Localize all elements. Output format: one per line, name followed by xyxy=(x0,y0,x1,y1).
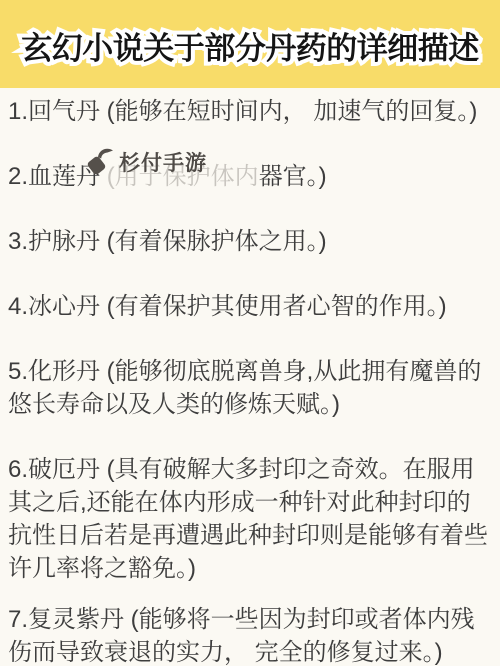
list-item-fulingzidan: 7.复灵紫丹 (能够将一些因为封印或者体内残伤而导致衰退的实力， 完全的修复过来… xyxy=(8,603,492,666)
list-item-text: 7.复灵紫丹 (能够将一些因为封印或者体内残伤而导致衰退的实力， 完全的修复过来… xyxy=(8,606,475,666)
list-item-text: 6.破厄丹 (具有破解大多封印之奇效。在服用其之后,还能在体内形成一种针对此种封… xyxy=(8,456,488,582)
list-item-text: 5.化形丹 (能够彻底脱离兽身,从此拥有魔兽的悠长寿命以及人类的修炼天赋。) xyxy=(8,358,481,418)
pill-list: 1.回气丹 (能够在短时间内， 加速气的回复。) 2.血莲丹 (用于保护体内器官… xyxy=(0,88,500,666)
title-banner: 玄幻小说关于部分丹药的详细描述 玄幻小说关于部分丹药的详细描述 xyxy=(0,0,500,88)
list-item-text: 2.血莲丹 xyxy=(8,163,107,190)
list-item-bingxindan: 4.冰心丹 (有着保护其使用者心智的作用。) xyxy=(8,290,492,323)
list-item-humaidan: 3.护脉丹 (有着保脉护体之用。) xyxy=(8,225,492,258)
list-item-text-faded: (用于保护体内 xyxy=(107,163,259,190)
list-item-huaxingdan: 5.化形丹 (能够彻底脱离兽身,从此拥有魔兽的悠长寿命以及人类的修炼天赋。) xyxy=(8,355,492,421)
list-item-text: 4.冰心丹 (有着保护其使用者心智的作用。) xyxy=(8,293,447,320)
list-item-xueliandan: 2.血莲丹 (用于保护体内器官。) xyxy=(8,160,492,193)
page-title-text: 玄幻小说关于部分丹药的详细描述 xyxy=(21,31,479,66)
list-item-text: 器官。) xyxy=(259,163,327,190)
list-item-text: 1.回气丹 (能够在短时间内， 加速气的回复。) xyxy=(8,98,477,125)
list-item-text: 3.护脉丹 (有着保脉护体之用。) xyxy=(8,228,327,255)
list-item-huiqidan: 1.回气丹 (能够在短时间内， 加速气的回复。) xyxy=(8,95,492,128)
page-title: 玄幻小说关于部分丹药的详细描述 玄幻小说关于部分丹药的详细描述 xyxy=(21,33,479,64)
list-item-poedan: 6.破厄丹 (具有破解大多封印之奇效。在服用其之后,还能在体内形成一种针对此种封… xyxy=(8,453,492,585)
page: 玄幻小说关于部分丹药的详细描述 玄幻小说关于部分丹药的详细描述 1.回气丹 (能… xyxy=(0,0,500,666)
